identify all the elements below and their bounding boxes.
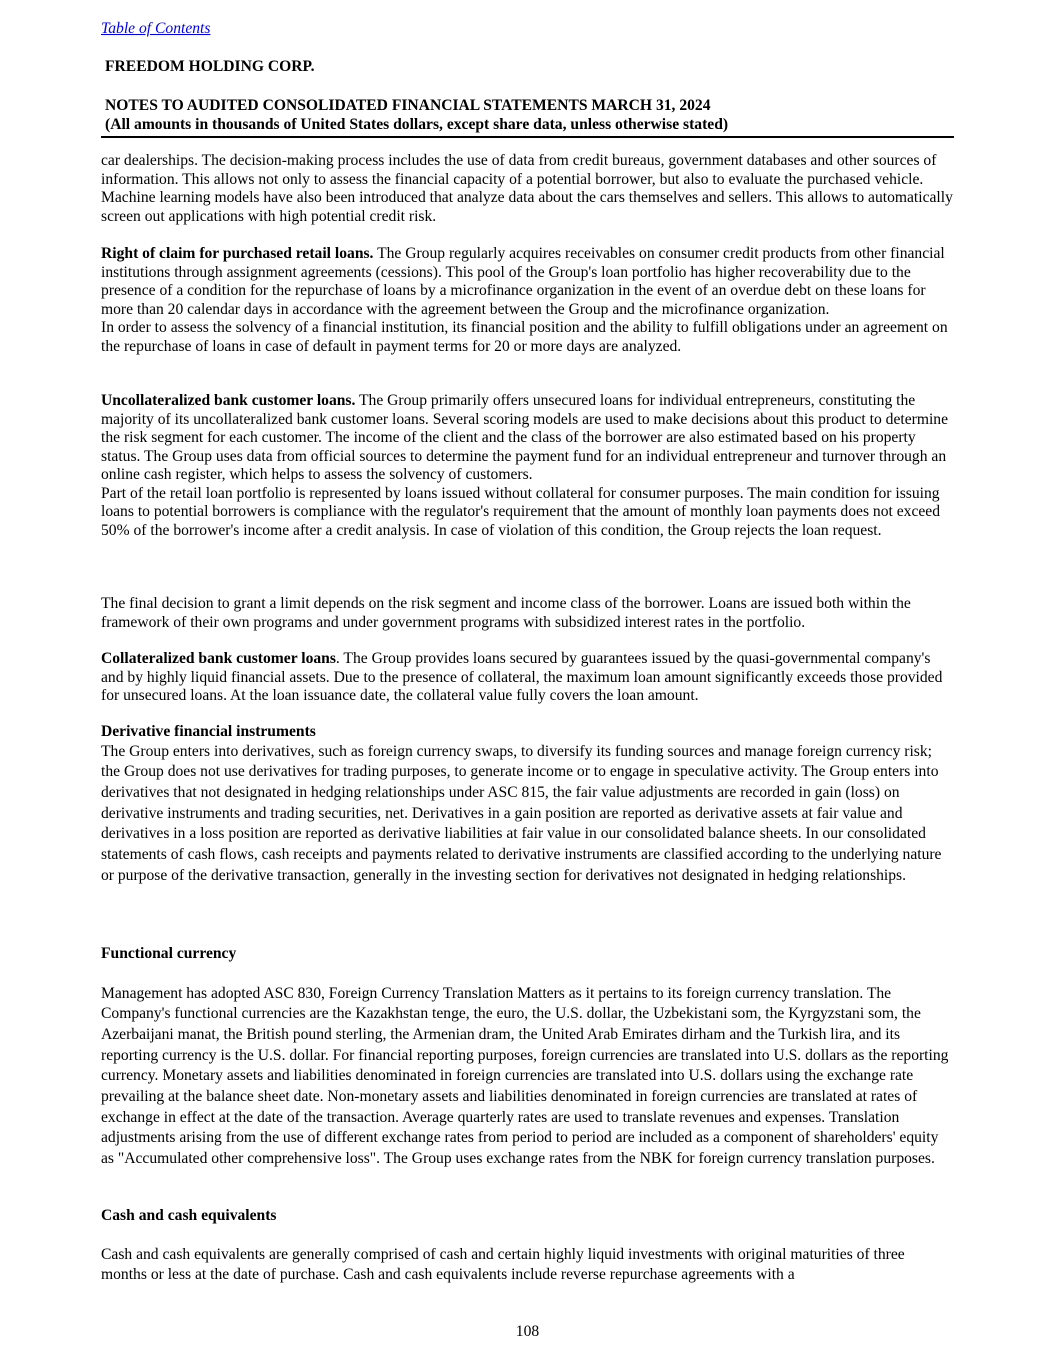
statement-header: NOTES TO AUDITED CONSOLIDATED FINANCIAL … [105,96,728,134]
derivatives-heading: Derivative financial instruments [101,723,954,742]
cash-heading: Cash and cash equivalents [101,1207,954,1226]
intro-paragraph: car dealerships. The decision-making pro… [101,152,954,226]
right-of-claim-paragraph: Right of claim for purchased retail loan… [101,245,954,319]
statement-subtitle: (All amounts in thousands of United Stat… [105,115,728,134]
header-divider [101,136,954,138]
statement-title: NOTES TO AUDITED CONSOLIDATED FINANCIAL … [105,96,728,115]
page-number: 108 [0,1323,1055,1341]
cash-paragraph: Cash and cash equivalents are generally … [101,1245,954,1286]
collateralized-lead: Collateralized bank customer loans [101,650,336,667]
section-derivatives: Derivative financial instruments The Gro… [101,723,954,886]
derivatives-paragraph: The Group enters into derivatives, such … [101,742,954,887]
table-of-contents-link[interactable]: Table of Contents [101,20,210,38]
functional-currency-heading: Functional currency [101,945,954,964]
uncollateralized-lead: Uncollateralized bank customer loans. [101,392,355,409]
section-final-decision: The final decision to grant a limit depe… [101,595,954,632]
collateralized-paragraph: Collateralized bank customer loans. The … [101,650,954,706]
uncollateralized-paragraph-2: Part of the retail loan portfolio is rep… [101,485,954,541]
functional-currency-paragraph: Management has adopted ASC 830, Foreign … [101,984,954,1170]
section-uncollateralized: Uncollateralized bank customer loans. Th… [101,392,954,540]
uncollateralized-paragraph: Uncollateralized bank customer loans. Th… [101,392,954,485]
section-collateralized: Collateralized bank customer loans. The … [101,650,954,706]
company-name: FREEDOM HOLDING CORP. [105,58,315,76]
section-functional-currency: Functional currency Management has adopt… [101,945,954,1170]
section-intro: car dealerships. The decision-making pro… [101,152,954,226]
section-cash: Cash and cash equivalents Cash and cash … [101,1207,954,1286]
right-of-claim-lead: Right of claim for purchased retail loan… [101,245,373,262]
right-of-claim-paragraph-2: In order to assess the solvency of a fin… [101,319,954,356]
section-right-of-claim: Right of claim for purchased retail loan… [101,245,954,356]
final-decision-paragraph: The final decision to grant a limit depe… [101,595,954,632]
